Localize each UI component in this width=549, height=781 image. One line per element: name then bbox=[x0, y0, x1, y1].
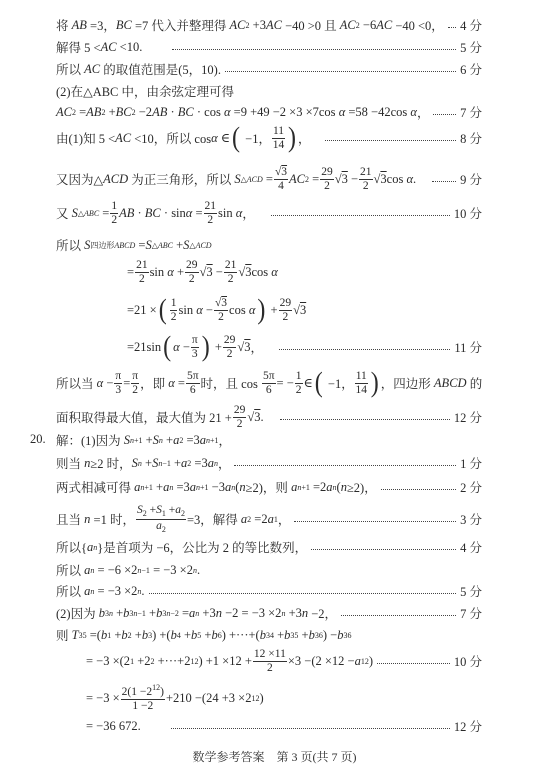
solution-line-22: (2)因为 b3n +b3n−1 +b3n−2 =an +3n −2 = −3 … bbox=[56, 603, 482, 623]
math-expression: 由(1)知 5 <AC <10，所以 cosα ∈( −1，1114)， bbox=[56, 125, 311, 150]
question-number: 20. bbox=[30, 432, 46, 447]
leader-dots bbox=[325, 139, 457, 141]
solution-line-17: 两式相减可得 an+1 +an =3an+1 −3an(n≥2)，则 an+1 … bbox=[56, 477, 482, 497]
solution-line-4: (2)在△ABC 中，由余弦定理可得 bbox=[56, 81, 482, 101]
math-expression: 且当 n =1 时，S2 +S1 +a2a2=3，解得 a2 =2a1， bbox=[56, 504, 290, 534]
math-expression: 则当 n≥2 时，Sn +Sn−1 +a2 =3an， bbox=[56, 454, 230, 472]
solution-line-8: 又 S△ABC =12AB · BC · sinα =212sin α， 10 … bbox=[56, 199, 482, 227]
math-expression: =21 ×(12sin α −√32cos α) +292√3 bbox=[127, 297, 306, 322]
leader-dots bbox=[433, 113, 456, 115]
solution-line-25: = −3 ×2(1 −212)1 −2+210 −(24 +3 ×212) bbox=[86, 684, 482, 712]
leader-dots bbox=[271, 214, 450, 216]
leader-dots bbox=[381, 488, 456, 490]
score-label: 8 分 bbox=[460, 129, 482, 147]
score-label: 1 分 bbox=[460, 454, 482, 472]
leader-dots bbox=[279, 348, 450, 350]
leader-dots bbox=[149, 592, 457, 594]
score-label: 7 分 bbox=[460, 103, 482, 121]
math-expression: =21sin(α −π3) +292√3， bbox=[127, 334, 263, 359]
score-label: 4 分 bbox=[460, 538, 482, 556]
math-expression: 所以{an}是首项为 −6，公比为 2 的等比数列， bbox=[56, 538, 307, 556]
math-expression: = −3 ×(21 +22 +···+212) +1 ×12 +12 ×112×… bbox=[86, 648, 373, 673]
math-expression: (2)因为 b3n +b3n−1 +b3n−2 =an +3n −2 = −3 … bbox=[56, 604, 337, 622]
page-footer: 数学参考答案 第 3 页(共 7 页) bbox=[0, 748, 549, 765]
leader-dots bbox=[225, 70, 456, 72]
math-expression: 将 AB =3，BC =7 代入并整理得 AC2 +3AC −40 >0 且 A… bbox=[56, 16, 444, 34]
math-expression: 所以当 α −π3=π2，即 α =5π6时，且 cos 5π6= −12∈( … bbox=[56, 370, 482, 395]
score-label: 4 分 bbox=[460, 16, 482, 34]
solution-line-13: 所以当 α −π3=π2，即 α =5π6时，且 cos 5π6= −12∈( … bbox=[56, 369, 482, 397]
solution-line-26: = −36 672. 12 分 bbox=[86, 716, 482, 736]
leader-dots bbox=[432, 180, 456, 182]
score-label: 5 分 bbox=[460, 582, 482, 600]
leader-dots bbox=[377, 662, 450, 664]
score-label: 12 分 bbox=[454, 717, 482, 735]
solution-line-20: 所以 an = −6 ×2n−1 = −3 ×2n. bbox=[56, 560, 482, 580]
score-label: 2 分 bbox=[460, 478, 482, 496]
solution-line-11: =21 ×(12sin α −√32cos α) +292√3 bbox=[127, 296, 482, 324]
math-expression: (2)在△ABC 中，由余弦定理可得 bbox=[56, 82, 234, 100]
solution-line-10: =212sin α +292√3 −212√3cos α bbox=[127, 258, 482, 286]
solution-line-2: 解得 5 <AC <10. 5 分 bbox=[56, 37, 482, 57]
leader-dots bbox=[311, 548, 456, 550]
math-expression: AC2 =AB2 +BC2 −2AB · BC · cos α =9 +49 −… bbox=[56, 103, 429, 121]
solution-line-14: 面积取得最大值，最大值为 21 +292√3. 12 分 bbox=[56, 403, 482, 431]
score-label: 12 分 bbox=[454, 408, 482, 426]
leader-dots bbox=[234, 464, 456, 466]
solution-line-15: 解：(1)因为 Sn+1 +Sn +a2 =3an+1， bbox=[56, 430, 482, 450]
math-expression: 解得 5 <AC <10. bbox=[56, 38, 142, 56]
math-expression: 又 S△ABC =12AB · BC · sinα =212sin α， bbox=[56, 200, 255, 225]
solution-line-7: 又因为△ACD 为正三角形，所以 S△ACD =√34AC2 =292√3 −2… bbox=[56, 165, 482, 193]
leader-dots bbox=[448, 26, 456, 28]
score-label: 5 分 bbox=[460, 38, 482, 56]
score-label: 3 分 bbox=[460, 510, 482, 528]
solution-line-18: 且当 n =1 时，S2 +S1 +a2a2=3，解得 a2 =2a1， 3 分 bbox=[56, 504, 482, 534]
solution-line-19: 所以{an}是首项为 −6，公比为 2 的等比数列， 4 分 bbox=[56, 537, 482, 557]
math-expression: 又因为△ACD 为正三角形，所以 S△ACD =√34AC2 =292√3 −2… bbox=[56, 166, 416, 191]
math-expression: 所以 S四边形ABCD =S△ABC +S△ACD bbox=[56, 236, 212, 254]
score-label: 7 分 bbox=[460, 604, 482, 622]
solution-line-16: 则当 n≥2 时，Sn +Sn−1 +a2 =3an， 1 分 bbox=[56, 453, 482, 473]
solution-line-23: 则 T35 =(b1 +b2 +b3) +(b4 +b5 +b6) +···+(… bbox=[56, 625, 482, 645]
math-expression: 解：(1)因为 Sn+1 +Sn +a2 =3an+1， bbox=[56, 431, 231, 449]
score-label: 11 分 bbox=[454, 338, 482, 356]
leader-dots bbox=[171, 727, 450, 729]
math-expression: 所以 AC 的取值范围是(5，10). bbox=[56, 60, 221, 78]
solution-line-12: =21sin(α −π3) +292√3， 11 分 bbox=[127, 333, 482, 361]
math-expression: 所以 an = −3 ×2n. bbox=[56, 582, 145, 600]
score-label: 10 分 bbox=[454, 204, 482, 222]
solution-line-5: AC2 =AB2 +BC2 −2AB · BC · cos α =9 +49 −… bbox=[56, 102, 482, 122]
math-expression: 所以 an = −6 ×2n−1 = −3 ×2n. bbox=[56, 561, 200, 579]
solution-line-24: = −3 ×(21 +22 +···+212) +1 ×12 +12 ×112×… bbox=[86, 647, 482, 675]
solution-line-1: 将 AB =3，BC =7 代入并整理得 AC2 +3AC −40 >0 且 A… bbox=[56, 15, 482, 35]
leader-dots bbox=[341, 614, 456, 616]
leader-dots bbox=[280, 418, 450, 420]
score-label: 9 分 bbox=[460, 170, 482, 188]
solution-line-6: 由(1)知 5 <AC <10，所以 cosα ∈( −1，1114)， 8 分 bbox=[56, 126, 482, 150]
score-label: 10 分 bbox=[454, 652, 482, 670]
solution-line-9: 所以 S四边形ABCD =S△ABC +S△ACD bbox=[56, 235, 482, 255]
math-expression: =212sin α +292√3 −212√3cos α bbox=[127, 259, 278, 284]
math-expression: 两式相减可得 an+1 +an =3an+1 −3an(n≥2)，则 an+1 … bbox=[56, 478, 377, 496]
solution-line-3: 所以 AC 的取值范围是(5，10). 6 分 bbox=[56, 59, 482, 79]
solution-line-21: 所以 an = −3 ×2n. 5 分 bbox=[56, 581, 482, 601]
math-expression: 面积取得最大值，最大值为 21 +292√3. bbox=[56, 404, 264, 429]
math-expression: = −36 672. bbox=[86, 719, 141, 734]
math-expression: = −3 ×2(1 −212)1 −2+210 −(24 +3 ×212) bbox=[86, 684, 264, 711]
leader-dots bbox=[294, 520, 456, 522]
leader-dots bbox=[172, 48, 456, 50]
math-expression: 则 T35 =(b1 +b2 +b3) +(b4 +b5 +b6) +···+(… bbox=[56, 626, 351, 644]
score-label: 6 分 bbox=[460, 60, 482, 78]
